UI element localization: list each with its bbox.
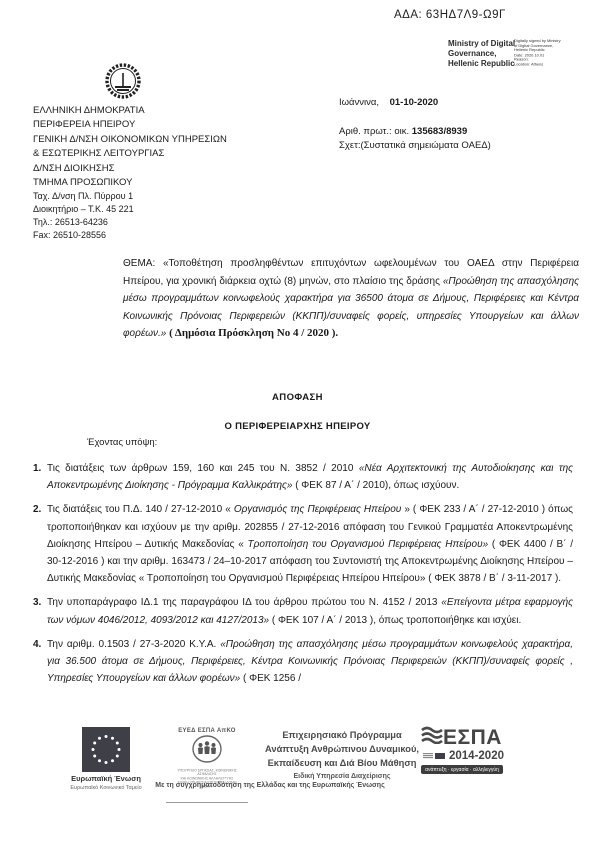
sender-address-line: Διοικητήριο – Τ.Κ. 45 221 <box>33 203 323 216</box>
program-line: Επιχειρησιακό Πρόγραμμα <box>263 729 421 743</box>
protocol-number: 135683/8939 <box>412 126 467 137</box>
list-item-number: 2. <box>33 501 47 587</box>
sender-line: ΠΕΡΙΦΕΡΕΙΑ ΗΠΕΙΡΟΥ <box>33 118 323 132</box>
eu-union-label: Ευρωπαϊκή Ένωση <box>62 774 150 783</box>
signature-details: Digitally signed by Ministry of Digital … <box>514 39 593 67</box>
sender-line: ΕΛΛΗΝΙΚΗ ΔΗΜΟΚΡΑΤΙΑ <box>33 104 323 118</box>
decision-heading: ΑΠΟΦΑΣΗ <box>0 392 595 403</box>
greek-emblem-icon <box>101 56 145 111</box>
eved-logo: ΕΥΕΔ ΕΣΠΑ ΑπΚΟ ΥΠΟΥΡΓΕΙΟ ΕΡΓΑΣΙΑΣ, ΚΟΙΝΩ… <box>158 728 256 803</box>
espa-years: 2014-2020 <box>449 750 504 762</box>
text-segment: Την υποπαράγραφο ΙΔ.1 της παραγράφου ΙΔ … <box>47 597 441 608</box>
document-date: 01-10-2020 <box>390 97 439 108</box>
sender-line: & ΕΣΩΤΕΡΙΚΗΣ ΛΕΙΤΟΥΡΓΙΑΣ <box>33 147 323 161</box>
text-segment: Τροποποίηση του Οργανισμού Περιφέρειας Η… <box>248 539 489 550</box>
eved-people-icon <box>158 734 256 769</box>
text-segment: Την αριθμ. 0.1503 / 27-3-2020 Κ.Υ.Α. <box>47 639 220 650</box>
signature-name-line: Governance, <box>448 49 515 59</box>
eved-tiny-line: ΥΠΟΥΡΓΕΙΟ ΕΡΓΑΣΙΑΣ, ΚΟΙΝΩΝΙΚΗΣ ΑΣΦΑΛΙΣΗΣ <box>177 769 238 777</box>
decision-authority: Ο ΠΕΡΙΦΕΡΕΙΑΡΧΗΣ ΗΠΕΙΡΟΥ <box>0 421 595 432</box>
espa-waves-icon <box>421 726 443 749</box>
greek-flag-icon <box>423 753 433 759</box>
list-item-text: Τις διατάξεις του Π.Δ. 140 / 27-12-2010 … <box>47 501 573 587</box>
eved-rule <box>166 802 248 803</box>
sender-block: ΕΛΛΗΝΙΚΗ ΔΗΜΟΚΡΑΤΙΑ ΠΕΡΙΦΕΡΕΙΑ ΗΠΕΙΡΟΥ Γ… <box>33 104 323 242</box>
city-label: Ιωάννινα, <box>339 97 379 108</box>
document-page: ΑΔΑ: 63ΗΔ7Λ9-Ω9Γ Ministry of Digital Gov… <box>0 0 595 842</box>
signature-detail-line: Location: Athens <box>514 63 593 68</box>
subject-paragraph: ΘΕΜΑ: «Τοποθέτηση προσληφθέντων επιτυχόν… <box>123 255 579 343</box>
document-meta-block: Ιωάννινα, 01-10-2020 Αριθ. πρωτ.: οικ. 1… <box>339 97 584 151</box>
program-managing-authority: Ειδική Υπηρεσία Διαχείρισης <box>263 773 421 780</box>
list-item-text: Την αριθμ. 0.1503 / 27-3-2020 Κ.Υ.Α. «Πρ… <box>47 636 573 688</box>
protocol-line: Αριθ. πρωτ.: οικ. 135683/8939 <box>339 126 584 137</box>
date-line: Ιωάννινα, 01-10-2020 <box>339 97 584 108</box>
sender-phone-line: Τηλ.: 26513-64236 <box>33 216 323 229</box>
list-item: 4. Την αριθμ. 0.1503 / 27-3-2020 Κ.Υ.Α. … <box>33 636 573 688</box>
sender-line: Δ/ΝΣΗ ΔΙΟΙΚΗΣΗΣ <box>33 162 323 176</box>
text-segment: ( ΦΕΚ 107 / Α΄ / 2013 ), όπως τροποποιήθ… <box>269 615 521 626</box>
cofinance-note: Με τη συγχρηματοδότηση της Ελλάδας και τ… <box>145 782 395 789</box>
espa-logo: ΕΣΠΑ 2014-2020 ανάπτυξη · εργασία · αλλη… <box>421 726 521 774</box>
sender-line: ΤΜΗΜΑ ΠΡΟΣΩΠΙΚΟΥ <box>33 176 323 190</box>
list-item-number: 4. <box>33 636 47 688</box>
text-segment: Τις διατάξεις του Π.Δ. 140 / 27-12-2010 … <box>47 504 234 515</box>
subject-invitation: ( Δημόσια Πρόσκληση Νο 4 / 2020 ). <box>169 327 338 339</box>
signature-ministry-name: Ministry of Digital Governance, Hellenic… <box>448 39 515 69</box>
list-item-text: Τις διατάξεις των άρθρων 159, 160 και 24… <box>47 460 573 494</box>
text-segment: ( ΦΕΚ 1256 / <box>240 673 301 684</box>
eu-flag-small-icon <box>435 753 445 759</box>
list-item-number: 1. <box>33 460 47 494</box>
list-item: 1. Τις διατάξεις των άρθρων 159, 160 και… <box>33 460 573 494</box>
legal-basis-list: 1. Τις διατάξεις των άρθρων 159, 160 και… <box>33 460 573 694</box>
signature-name-line: Ministry of Digital <box>448 39 515 49</box>
program-line: Ανάπτυξη Ανθρώπινου Δυναμικού, <box>263 743 421 757</box>
sender-address-line: Ταχ. Δ/νση Πλ. Πύρρου 1 <box>33 190 323 203</box>
sender-line: ΓΕΝΙΚΗ Δ/ΝΣΗ ΟΙΚΟΝΟΜΙΚΩΝ ΥΠΗΡΕΣΙΩΝ <box>33 133 323 147</box>
list-item-number: 3. <box>33 594 47 628</box>
espa-slogan-badge: ανάπτυξη · εργασία · αλληλεγγύη <box>421 765 503 774</box>
signature-name-line: Hellenic Republic <box>448 59 515 69</box>
text-segment: Τις διατάξεις των άρθρων 159, 160 και 24… <box>47 463 359 474</box>
eu-flag-icon <box>82 727 130 777</box>
eu-fund-label: Ευρωπαϊκό Κοινωνικό Ταμείο <box>57 785 155 791</box>
text-segment: Οργανισμός της Περιφέρειας Ηπείρου <box>234 504 401 515</box>
related-line: Σχετ:(Συστατικά σημειώματα ΟΑΕΔ) <box>339 140 584 151</box>
operational-program-block: Επιχειρησιακό Πρόγραμμα Ανάπτυξη Ανθρώπι… <box>263 729 421 780</box>
text-segment: ( ΦΕΚ 87 / Α΄ / 2010), όπως ισχύουν. <box>292 480 459 491</box>
ada-code: ΑΔΑ: 63ΗΔ7Λ9-Ω9Γ <box>394 9 506 21</box>
list-item-text: Την υποπαράγραφο ΙΔ.1 της παραγράφου ΙΔ … <box>47 594 573 628</box>
having-regard-label: Έχοντας υπόψη: <box>87 437 157 448</box>
list-item: 2. Τις διατάξεις του Π.Δ. 140 / 27-12-20… <box>33 501 573 587</box>
sender-fax-line: Fax: 26510-28556 <box>33 229 323 242</box>
list-item: 3. Την υποπαράγραφο ΙΔ.1 της παραγράφου … <box>33 594 573 628</box>
espa-name: ΕΣΠΑ <box>443 728 502 748</box>
program-line: Εκπαίδευση και Διά Βίου Μάθηση <box>263 757 421 771</box>
protocol-label: Αριθ. πρωτ.: οικ. <box>339 126 409 137</box>
